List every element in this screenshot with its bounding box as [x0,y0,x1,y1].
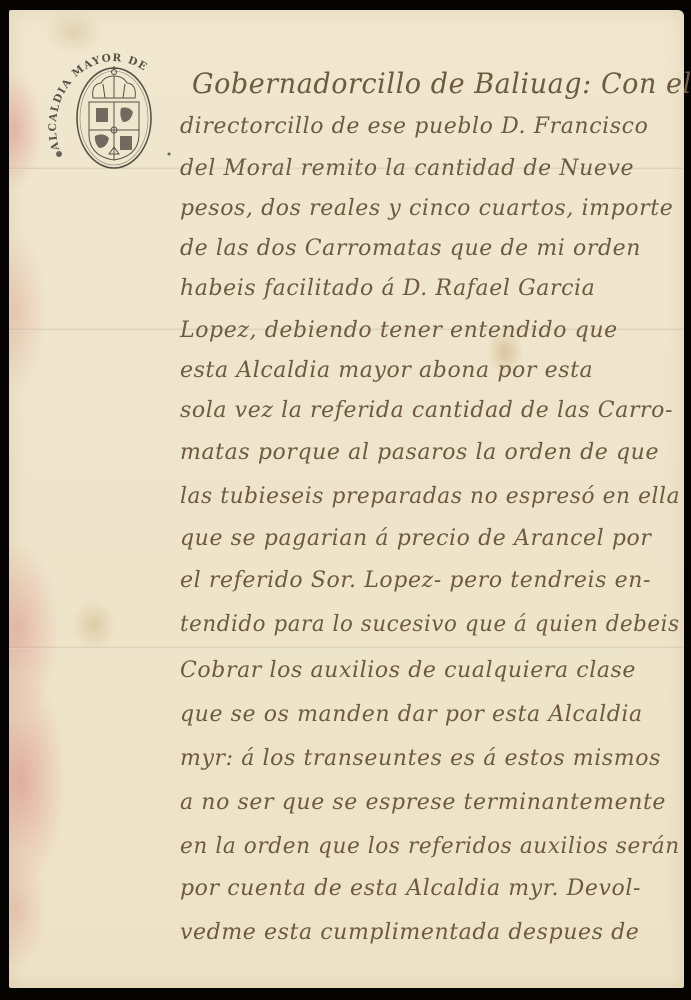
letter-line: el referido Sor. Lopez- pero tendreis en… [180,570,651,592]
letter-line: a no ser que se esprese terminantemente [180,792,666,814]
letter-line: que se pagarian á precio de Arancel por [180,528,652,550]
letter-line: de las dos Carromatas que de mi orden [180,238,641,260]
letter-line: Cobrar los auxilios de cualquiera clase [180,660,636,682]
letter-line: las tubieseis preparadas no espresó en e… [180,486,680,508]
letter-line: vedme esta cumplimentada despues de [180,922,639,944]
document-paper: ALCALDIA MAYOR DE [9,10,684,988]
letter-line: pesos, dos reales y cinco cuartos, impor… [180,198,673,220]
letter-line: directorcillo de ese pueblo D. Francisco [180,116,648,138]
letter-line: sola vez la referida cantidad de las Car… [180,400,673,422]
letter-line: por cuenta de esta Alcaldia myr. Devol- [180,878,641,900]
letter-line: esta Alcaldia mayor abona por esta [180,360,593,382]
letter-line: en la orden que los referidos auxilios s… [180,836,680,858]
letter-line: tendido para lo sucesivo que á quien deb… [180,614,680,636]
letter-line: del Moral remito la cantidad de Nueve [180,158,634,180]
letter-line: matas porque al pasaros la orden de que [180,442,659,464]
letter-body: Gobernadorcillo de Baliuag: Con el direc… [9,10,684,988]
letter-line: habeis facilitado á D. Rafael Garcia [180,278,595,300]
letter-line: que se os manden dar por esta Alcaldia [180,704,643,726]
letter-line: Gobernadorcillo de Baliuag: Con el [192,70,691,98]
letter-line: Lopez, debiendo tener entendido que [180,320,618,342]
letter-line: myr: á los transeuntes es á estos mismos [180,748,661,770]
